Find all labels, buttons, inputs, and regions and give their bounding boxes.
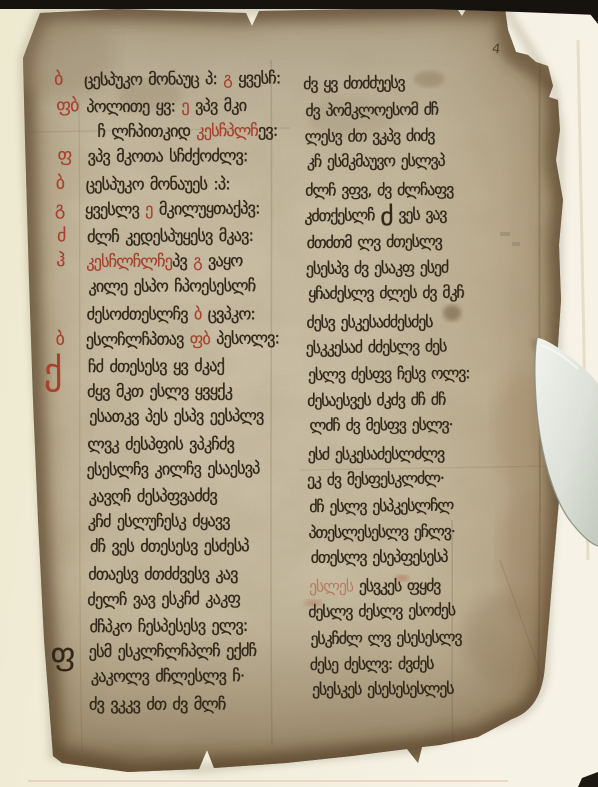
manuscript-photo: ბცესპუკო მონაუც პ: გ ყვესჩ:ფბპოლითე ყვ: …: [0, 0, 598, 787]
bone-folder: [0, 0, 598, 787]
